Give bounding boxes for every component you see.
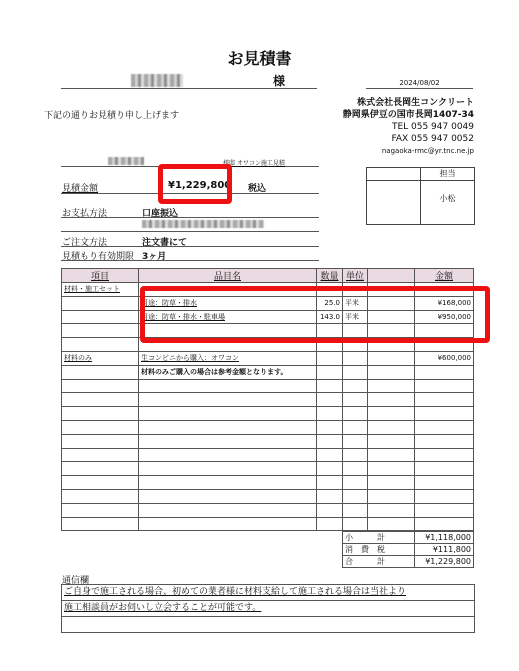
extra-cell (368, 407, 415, 421)
stamp-box: 担当 小松 (366, 167, 475, 225)
notes-line-3 (62, 617, 474, 632)
unit-cell (343, 407, 368, 421)
item-cell (62, 503, 139, 517)
table-row: 材料のみご購入の場合は参考金額となります。 (62, 365, 474, 379)
unit-cell (343, 462, 368, 476)
name-cell (139, 462, 317, 476)
header-qty: 数量 (317, 269, 343, 283)
qty-cell (317, 407, 343, 421)
document-title: お見積書 (0, 46, 519, 69)
name-cell (139, 448, 317, 462)
qty-cell (317, 517, 343, 531)
table-row (62, 517, 474, 531)
item-cell (62, 310, 139, 324)
unit-cell (343, 351, 368, 365)
amount-cell (415, 448, 474, 462)
header-name: 品目名 (139, 269, 317, 283)
amount-cell (415, 517, 474, 531)
recipient-suffix: 様 (273, 72, 285, 89)
amount-cell (415, 365, 474, 379)
qty-cell (317, 434, 343, 448)
name-cell (139, 379, 317, 393)
item-cell (62, 476, 139, 490)
issue-date: 2024/08/02 (366, 79, 473, 87)
name-cell (139, 393, 317, 407)
item-cell (62, 365, 139, 379)
amount-cell: ¥600,000 (415, 351, 474, 365)
extra-cell (368, 517, 415, 531)
amount-cell (415, 476, 474, 490)
table-row (62, 379, 474, 393)
item-cell (62, 324, 139, 338)
project-note: 様邸 オワコン施工見積 (223, 158, 285, 167)
extra-cell (368, 379, 415, 393)
unit-cell (343, 420, 368, 434)
qty-cell (317, 420, 343, 434)
item-cell (62, 489, 139, 503)
header-item: 項目 (62, 269, 139, 283)
unit-cell (343, 476, 368, 490)
qty-cell (317, 365, 343, 379)
validity-underline (61, 260, 319, 261)
redacted-project-name (108, 157, 144, 165)
table-row (62, 393, 474, 407)
company-block: 株式会社長岡生コンクリート 静岡県伊豆の国市長岡1407-34 TEL 055 … (343, 97, 474, 157)
notes-line-1: ご自身で施工される場合、初めての業者様に材料支給して施工される場合は当社より (62, 585, 474, 601)
item-cell (62, 393, 139, 407)
amount-highlight-box (158, 164, 232, 204)
tax-label: 消 費 税 (343, 544, 415, 556)
table-row (62, 434, 474, 448)
item-cell (62, 448, 139, 462)
table-row (62, 462, 474, 476)
order-underline (61, 246, 319, 247)
item-cell (62, 379, 139, 393)
amount-cell (415, 420, 474, 434)
item-cell (62, 338, 139, 352)
name-cell (139, 407, 317, 421)
company-email: nagaoka-rmc@yr.tnc.ne.jp (343, 145, 474, 157)
company-address: 静岡県伊豆の国市長岡1407-34 (343, 109, 474, 121)
table-row (62, 420, 474, 434)
name-cell (139, 517, 317, 531)
tax-row: 消 費 税 ¥111,800 (343, 544, 474, 556)
unit-cell (343, 489, 368, 503)
notes-box: ご自身で施工される場合、初めての業者様に材料支給して施工される場合は当社より 施… (61, 584, 475, 633)
redacted-bank-account (142, 220, 264, 228)
extra-cell (368, 351, 415, 365)
unit-cell (343, 448, 368, 462)
item-cell: 材料・施工セット (62, 283, 139, 297)
table-row (62, 407, 474, 421)
extra-cell (368, 476, 415, 490)
qty-cell (317, 489, 343, 503)
unit-cell (343, 393, 368, 407)
header-amount: 金額 (415, 269, 474, 283)
redacted-recipient-name (131, 74, 183, 87)
unit-cell (343, 517, 368, 531)
qty-cell (317, 476, 343, 490)
header-unit: 単位 (343, 269, 368, 283)
table-header-row: 項目 品目名 数量 単位 金額 (62, 269, 474, 283)
item-cell (62, 517, 139, 531)
header-blank (368, 269, 415, 283)
stamp-header: 担当 (421, 168, 474, 179)
unit-cell (343, 379, 368, 393)
subtotal-value: ¥1,118,000 (415, 532, 474, 544)
line-items-highlight-box (140, 286, 490, 343)
totals-table: 小 計 ¥1,118,000 消 費 税 ¥111,800 合 計 ¥1,229… (342, 531, 474, 568)
extra-cell (368, 434, 415, 448)
item-cell: 材料のみ (62, 351, 139, 365)
company-fax: FAX 055 947 0052 (343, 133, 474, 145)
item-cell (62, 407, 139, 421)
amount-cell (415, 393, 474, 407)
table-row (62, 503, 474, 517)
name-cell (139, 420, 317, 434)
table-row: 材料のみ生コンビニから購入：オワコン¥600,000 (62, 351, 474, 365)
qty-cell (317, 379, 343, 393)
item-cell (62, 462, 139, 476)
amount-cell (415, 407, 474, 421)
subtotal-label: 小 計 (343, 532, 415, 544)
unit-cell (343, 365, 368, 379)
name-cell (139, 476, 317, 490)
amount-cell (415, 503, 474, 517)
name-cell (139, 434, 317, 448)
name-cell (139, 503, 317, 517)
qty-cell (317, 393, 343, 407)
table-row (62, 489, 474, 503)
item-cell (62, 296, 139, 310)
qty-cell (317, 462, 343, 476)
name-cell (139, 489, 317, 503)
table-row (62, 448, 474, 462)
greeting-text: 下記の通りお見積り申し上げます (44, 108, 179, 121)
total-value: ¥1,229,800 (415, 556, 474, 568)
extra-cell (368, 489, 415, 503)
payment-underline (61, 217, 319, 218)
company-name: 株式会社長岡生コンクリート (343, 97, 474, 109)
date-underline (366, 88, 473, 89)
qty-cell (317, 351, 343, 365)
bank-underline (61, 231, 319, 232)
extra-cell (368, 462, 415, 476)
subtotal-row: 小 計 ¥1,118,000 (343, 532, 474, 544)
extra-cell (368, 420, 415, 434)
name-cell: 材料のみご購入の場合は参考金額となります。 (139, 365, 317, 379)
amount-cell (415, 462, 474, 476)
table-row (62, 476, 474, 490)
item-cell (62, 420, 139, 434)
amount-cell (415, 489, 474, 503)
unit-cell (343, 434, 368, 448)
stamp-person: 小松 (421, 193, 474, 204)
name-cell: 生コンビニから購入：オワコン (139, 351, 317, 365)
unit-cell (343, 503, 368, 517)
qty-cell (317, 448, 343, 462)
tax-value: ¥111,800 (415, 544, 474, 556)
item-cell (62, 434, 139, 448)
extra-cell (368, 503, 415, 517)
qty-cell (317, 503, 343, 517)
amount-cell (415, 379, 474, 393)
extra-cell (368, 448, 415, 462)
total-label: 合 計 (343, 556, 415, 568)
notes-line-2: 施工相談員がお伺いし立会することが可能です。 (62, 601, 474, 617)
extra-cell (368, 365, 415, 379)
extra-cell (368, 393, 415, 407)
company-tel: TEL 055 947 0049 (343, 121, 474, 133)
amount-cell (415, 434, 474, 448)
total-row: 合 計 ¥1,229,800 (343, 556, 474, 568)
